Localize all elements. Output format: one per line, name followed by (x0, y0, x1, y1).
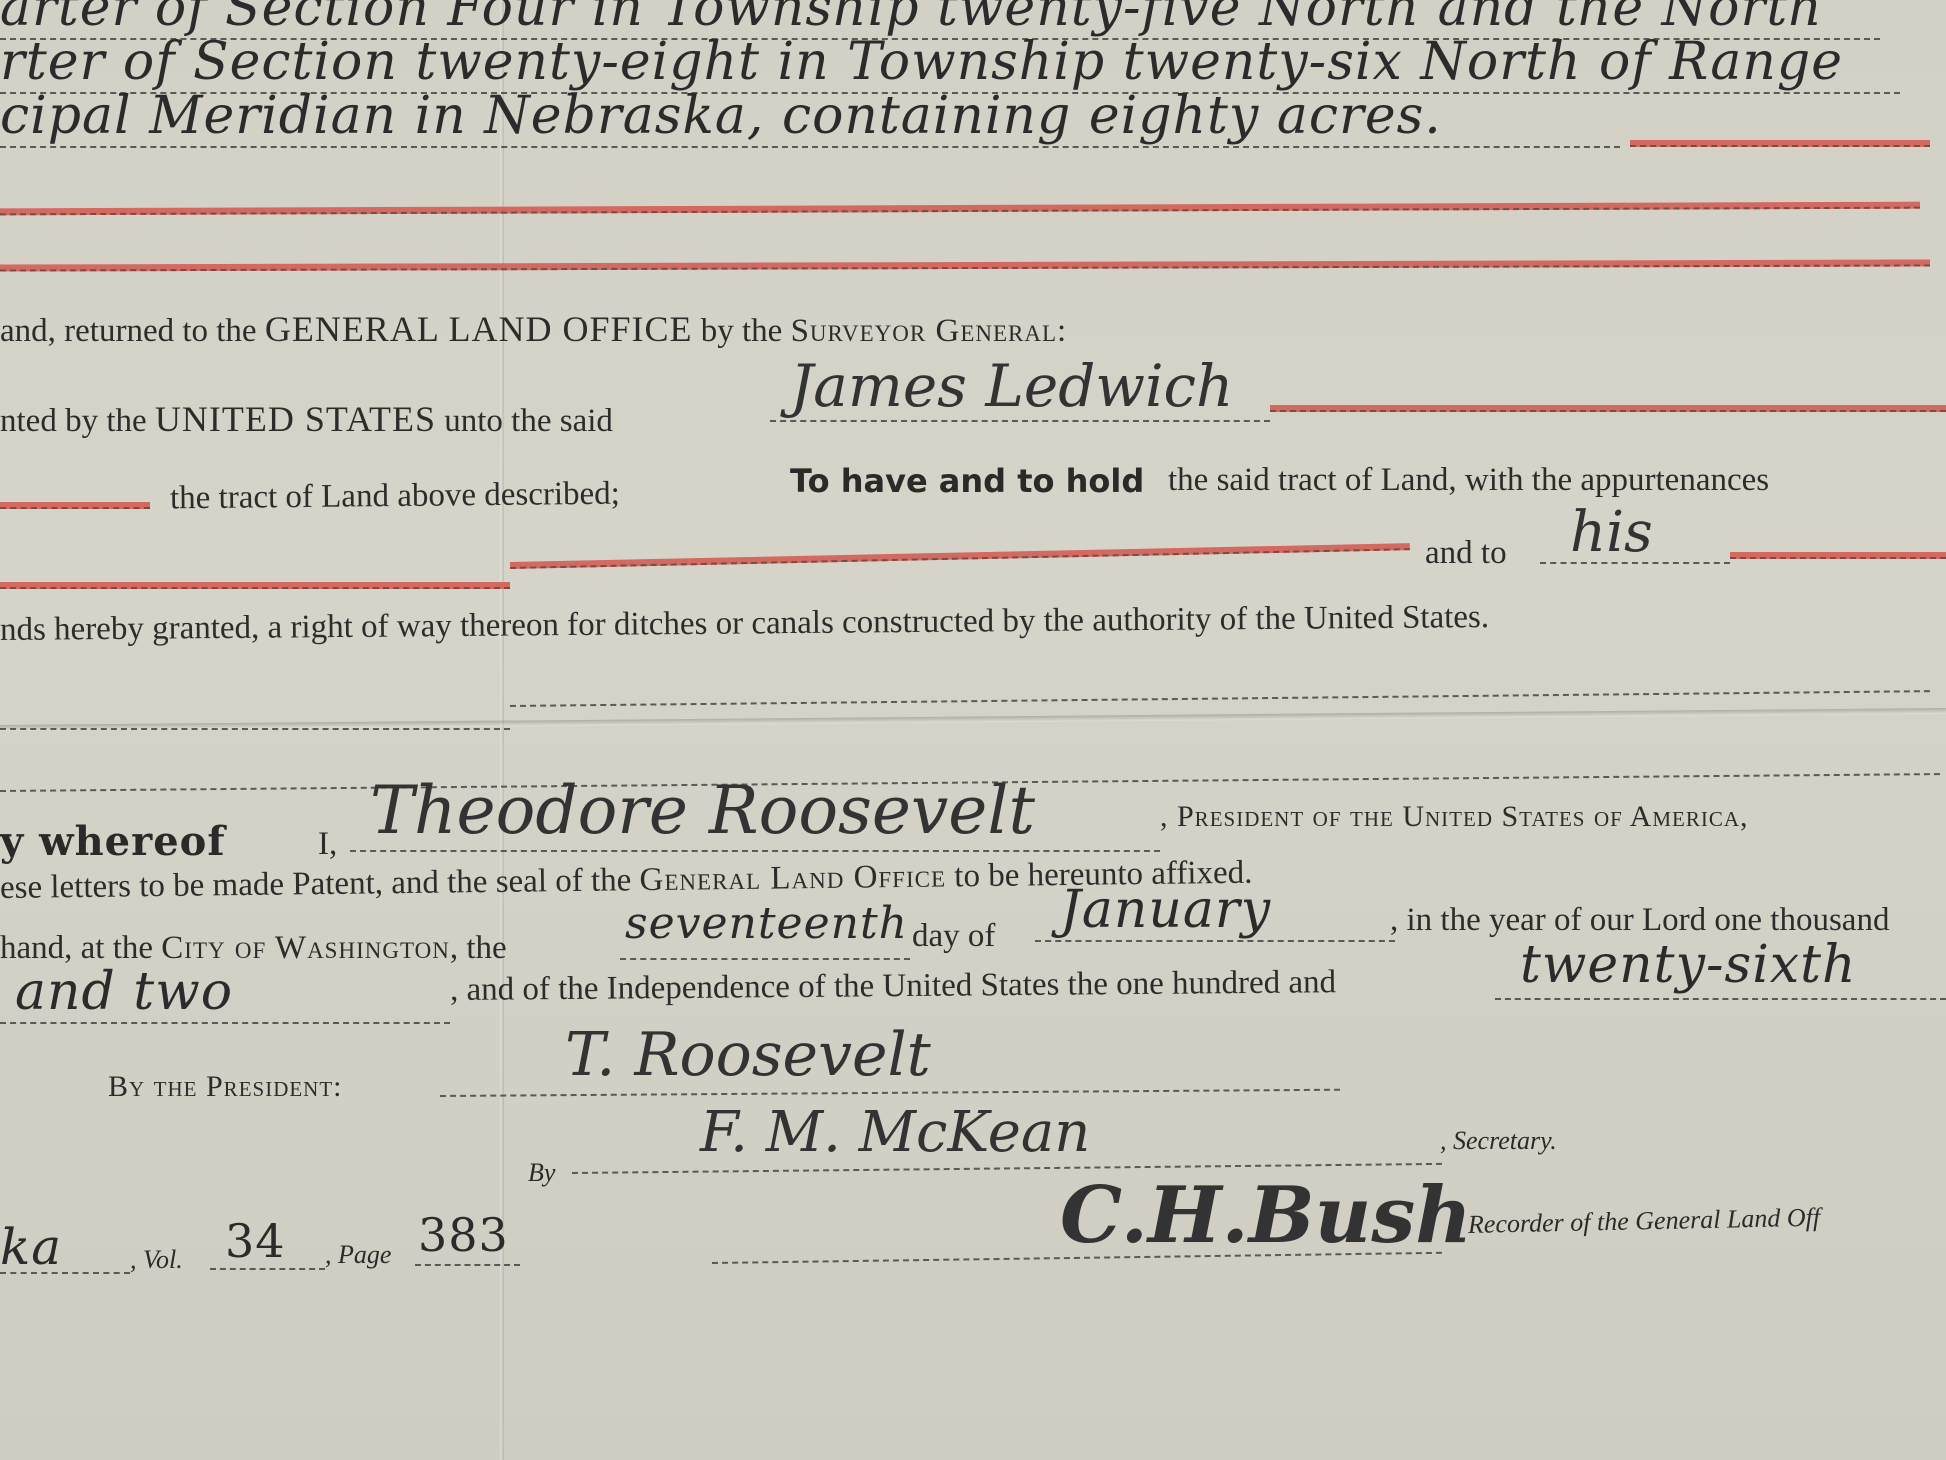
year-of-our-lord: , in the year of our Lord one thousand (1390, 902, 1889, 939)
dotted-rule (1035, 940, 1395, 942)
year-handwritten: and two (15, 962, 233, 1022)
dotted-rule (0, 146, 1620, 148)
city-of-washington: City of Washington (161, 930, 450, 966)
survey-text: and, returned to the (0, 313, 265, 349)
heir-pronoun: his (1570, 500, 1653, 565)
secretary-signature: F. M. McKean (700, 1100, 1090, 1165)
red-rule (1730, 552, 1946, 559)
seal-text: ese letters to be made Patent, and the s… (0, 862, 640, 906)
general-land-office-caps: GENERAL LAND OFFICE (265, 309, 693, 349)
grant-text-suffix: unto the said (436, 403, 613, 439)
red-rule (0, 582, 510, 589)
month-handwritten: January (1060, 880, 1271, 940)
day-of-label: day of (912, 918, 995, 955)
description-line-2: rter of Section twenty-eight in Township… (0, 32, 1843, 92)
red-rule (0, 202, 1920, 216)
red-rule (0, 502, 150, 509)
red-rule (1630, 140, 1930, 147)
survey-text-mid: by the (692, 313, 790, 349)
grant-text: nted by the (0, 403, 155, 439)
habendum-text: the tract of Land above described; (170, 476, 620, 518)
independence-year-handwritten: twenty-sixth (1520, 935, 1857, 995)
dotted-rule (1495, 998, 1946, 1000)
vol-label: , Vol. (130, 1245, 183, 1275)
survey-statement: and, returned to the GENERAL LAND OFFICE… (0, 308, 1067, 350)
secretary-label: , Secretary. (1440, 1126, 1557, 1156)
page-value: 383 (418, 1208, 509, 1262)
dotted-rule (620, 958, 910, 960)
president-title: , President of the United States of Amer… (1160, 800, 1749, 834)
dotted-rule (510, 690, 1930, 707)
red-rule (510, 543, 1410, 569)
president-signature: Theodore Roosevelt (370, 772, 1035, 849)
dotted-rule (0, 728, 510, 730)
grant-statement: nted by the UNITED STATES unto the said (0, 398, 613, 440)
pronoun-i: I, (318, 826, 337, 863)
hand-text: hand, at the (0, 930, 161, 966)
surveyor-general: Surveyor General: (791, 313, 1068, 349)
in-testimony-whereof: y whereof (0, 818, 226, 865)
description-line-3: cipal Meridian in Nebraska, containing e… (0, 86, 1442, 146)
general-land-office-smallcaps: General Land Office (639, 858, 946, 898)
by-the-president-label: By the President: (108, 1070, 343, 1104)
right-of-way-clause: nds hereby granted, a right of way there… (0, 599, 1489, 649)
the-text: , the (450, 930, 507, 966)
land-patent-document: arter of Section Four in Township twenty… (0, 0, 1946, 1460)
dotted-rule (770, 420, 1270, 422)
dotted-rule (415, 1264, 520, 1266)
president-short-signature: T. Roosevelt (565, 1020, 931, 1090)
day-handwritten: seventeenth (625, 898, 908, 949)
united-states-caps: UNITED STATES (155, 399, 436, 439)
dotted-rule (0, 1022, 450, 1024)
independence-text: , and of the Independence of the United … (450, 964, 1336, 1009)
dotted-rule (350, 850, 1160, 852)
red-rule (0, 259, 1930, 271)
state-fragment: ka (0, 1218, 62, 1276)
vol-value: 34 (225, 1214, 286, 1268)
grantee-name: James Ledwich (790, 352, 1233, 420)
recorder-signature: C.H.Bush (1060, 1170, 1472, 1261)
red-rule (1270, 405, 1946, 412)
dotted-rule (210, 1268, 325, 1270)
and-to-label: and to (1425, 535, 1507, 572)
recorder-label: Recorder of the General Land Off (1468, 1203, 1821, 1240)
habendum-suffix: the said tract of Land, with the appurte… (1168, 462, 1769, 499)
to-have-and-to-hold: To have and to hold (790, 462, 1144, 500)
by-label: By (528, 1158, 555, 1188)
page-label: , Page (325, 1240, 391, 1270)
